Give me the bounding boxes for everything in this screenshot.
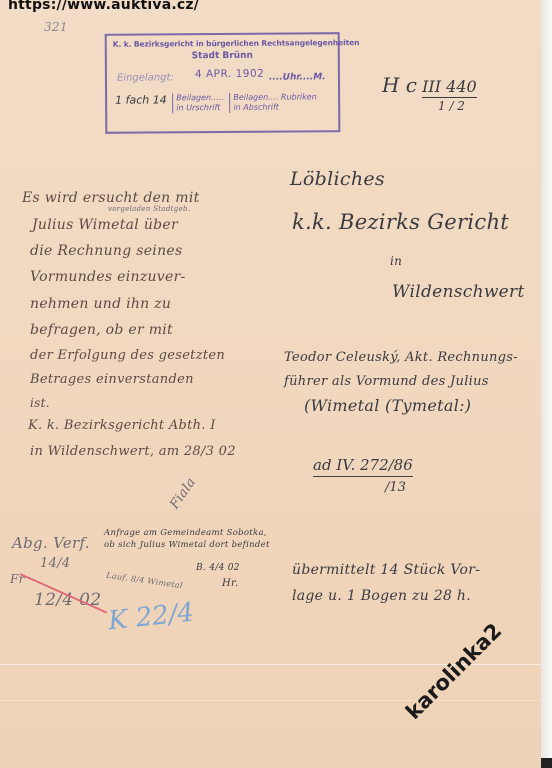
stamp-court-line: K. k. Bezirksgericht in bürgerlichen Rec…	[113, 38, 360, 49]
margin-note-2: 14/4	[40, 556, 70, 571]
initials: Hr.	[222, 578, 238, 589]
stamp-date: 4 APR. 1902	[195, 68, 264, 80]
note-line-8: Betrages einverstanden	[30, 372, 194, 387]
stamp-col-original: Beilagen..... in Urschrift	[172, 93, 224, 113]
date-note: B. 4/4 02	[196, 563, 240, 573]
address-line-2: k.k. Bezirks Gericht	[292, 210, 509, 234]
case-number-sub: /13	[385, 480, 406, 495]
note-line-6: befragen, ob er mit	[30, 322, 173, 338]
subject-line-2: führer als Vormund des Julius	[284, 374, 489, 389]
stamp-col1-top: Beilagen.....	[176, 93, 224, 102]
stamp-col-copy: Beilagen.... Rubriken in Abschrift	[229, 92, 317, 113]
subject-line-3: (Wimetal (Tymetal:)	[304, 396, 471, 415]
reference-main: III 440	[422, 77, 477, 98]
case-number-main: ad IV. 272/86	[313, 456, 413, 477]
stamp-col2-bottom: in Abschrift	[233, 103, 279, 112]
stamp-fach-value: 1 fach 14	[115, 93, 167, 106]
note-line-7: der Erfolgung des gesetzten	[30, 348, 225, 363]
stamp-col2-top: Beilagen.... Rubriken	[233, 92, 316, 102]
stamp-enclosures-row: 1 fach 14 Beilagen..... in Urschrift Bei…	[115, 92, 317, 113]
reference-denominator: 1 / 2	[438, 99, 465, 113]
address-line-3: in	[390, 254, 402, 268]
page-edge	[541, 0, 552, 768]
address-line-1: Löbliches	[290, 168, 385, 190]
note-line-10: K. k. Bezirksgericht Abth. I	[28, 418, 216, 433]
stamp-col1-bottom: in Urschrift	[176, 103, 220, 112]
paper-fold	[0, 700, 541, 701]
request-line-1: Anfrage am Gemeindeamt Sobotka,	[104, 528, 267, 538]
source-url: https://www.auktiva.cz/	[8, 0, 199, 13]
note-line-2: Julius Wimetal über	[32, 217, 178, 233]
reference-number: H c III 440 1 / 2	[382, 73, 477, 97]
address-line-4: Wildenschwert	[392, 282, 525, 302]
stamp-city: Stadt Brünn	[107, 50, 338, 62]
enclosure-line-2: lage u. 1 Bogen zu 28 h.	[292, 588, 471, 604]
note-line-4: Vormundes einzuver-	[30, 269, 186, 285]
case-number: ad IV. 272/86 /13	[313, 455, 413, 474]
scan-edge	[541, 758, 552, 768]
note-line-3: die Rechnung seines	[30, 243, 182, 259]
reference-prefix: H c	[382, 73, 417, 97]
note-line-11: in Wildenschwert, am 28/3 02	[30, 444, 236, 459]
enclosure-line-1: übermittelt 14 Stück Vor-	[292, 562, 480, 578]
stamp-time-label: ....Uhr....M.	[269, 72, 326, 82]
subject-line-1: Teodor Celeuský, Akt. Rechnungs-	[284, 350, 518, 365]
pencil-number: 321	[44, 20, 68, 34]
note-line-1: Es wird ersucht den mit	[22, 190, 200, 206]
margin-note-1: Abg. Verf.	[12, 534, 90, 552]
request-line-2: ob sich Julius Wimetal dort befindet	[104, 540, 270, 550]
note-line-9: ist.	[30, 396, 50, 410]
note-line-5: nehmen und ihn zu	[30, 296, 171, 312]
stamp-received-label: Eingelangt:	[117, 72, 174, 83]
note-inserted-text: vorgeladen Stadtgeb.	[108, 205, 190, 213]
court-receipt-stamp: K. k. Bezirksgericht in bürgerlichen Rec…	[105, 32, 341, 134]
